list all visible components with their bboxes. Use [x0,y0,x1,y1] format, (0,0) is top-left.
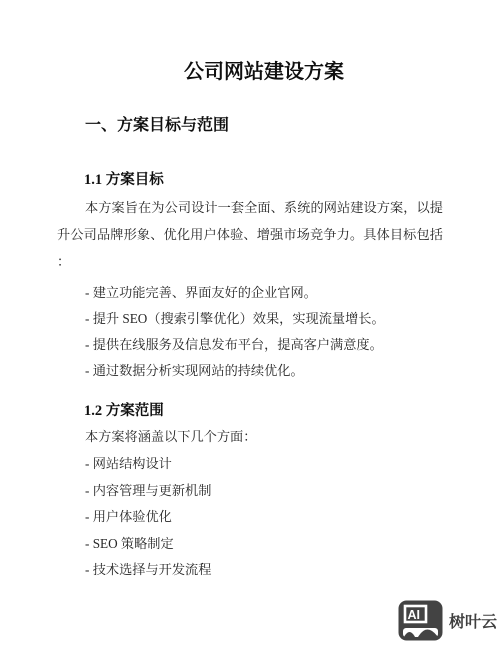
bullet-item: - 提供在线服务及信息发布平台，提高客户满意度。 [57,331,443,358]
paragraph-line: 本方案旨在为公司设计一套全面、系统的网站建设方案，以提 [57,194,443,221]
paragraph-line: ： [57,248,443,275]
intro-line: 本方案将涵盖以下几个方面： [57,423,443,450]
bullet-item: - 通过数据分析实现网站的持续优化。 [57,357,443,384]
watermark-badge-text: AI [408,608,421,622]
bullet-item: - 技术选择与开发流程 [57,556,443,583]
section-1-heading: 一、方案目标与范围 [85,114,229,138]
document-title: 公司网站建设方案 [0,56,500,88]
subsection-1-1-heading: 1.1 方案目标 [84,169,164,191]
bullet-item: - 用户体验优化 [57,503,443,530]
watermark: AI 树叶云 [398,600,497,641]
subsection-1-2-heading: 1.2 方案范围 [84,400,164,422]
paragraph-line: 升公司品牌形象、优化用户体验、增强市场竞争力。具体目标包括 [57,221,443,248]
bullet-item: - SEO 策略制定 [57,530,443,557]
bullet-item: - 提升 SEO（搜索引擎优化）效果，实现流量增长。 [57,305,443,332]
watermark-brand-text: 树叶云 [449,609,497,632]
bullet-item: - 内容管理与更新机制 [57,477,443,504]
bullet-item: - 网站结构设计 [57,450,443,477]
document-page: 公司网站建设方案 一、方案目标与范围 1.1 方案目标 本方案旨在为公司设计一套… [0,0,500,647]
ai-image-logo-icon: AI [398,600,443,641]
bullet-item: - 建立功能完善、界面友好的企业官网。 [57,279,443,306]
